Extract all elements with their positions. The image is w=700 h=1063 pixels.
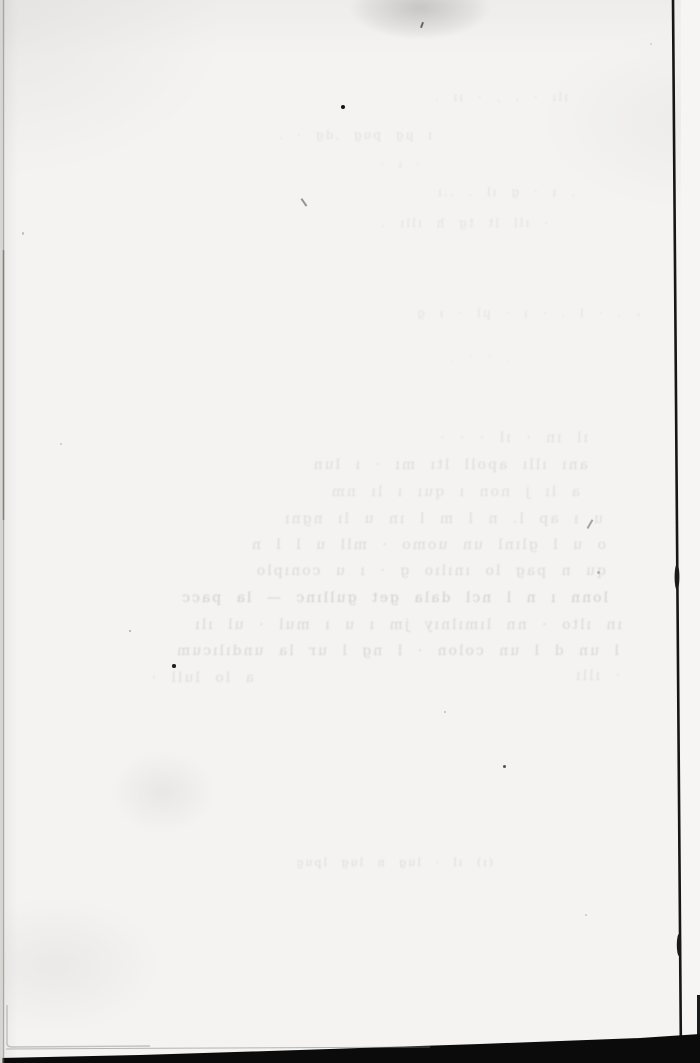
next-page-sliver — [681, 0, 700, 1063]
left-edge-strip — [0, 0, 3, 1063]
page-edge-line — [673, 0, 681, 1063]
scan-edge-overlay — [0, 0, 700, 1063]
bottom-left-corner-frame — [7, 1005, 150, 1047]
scanned-book-page: ılı · . , · ıı . ı µg pug ,dg · . · ı · … — [0, 0, 700, 1063]
edge-line-blob — [675, 564, 680, 590]
edge-line-blob — [677, 934, 681, 956]
